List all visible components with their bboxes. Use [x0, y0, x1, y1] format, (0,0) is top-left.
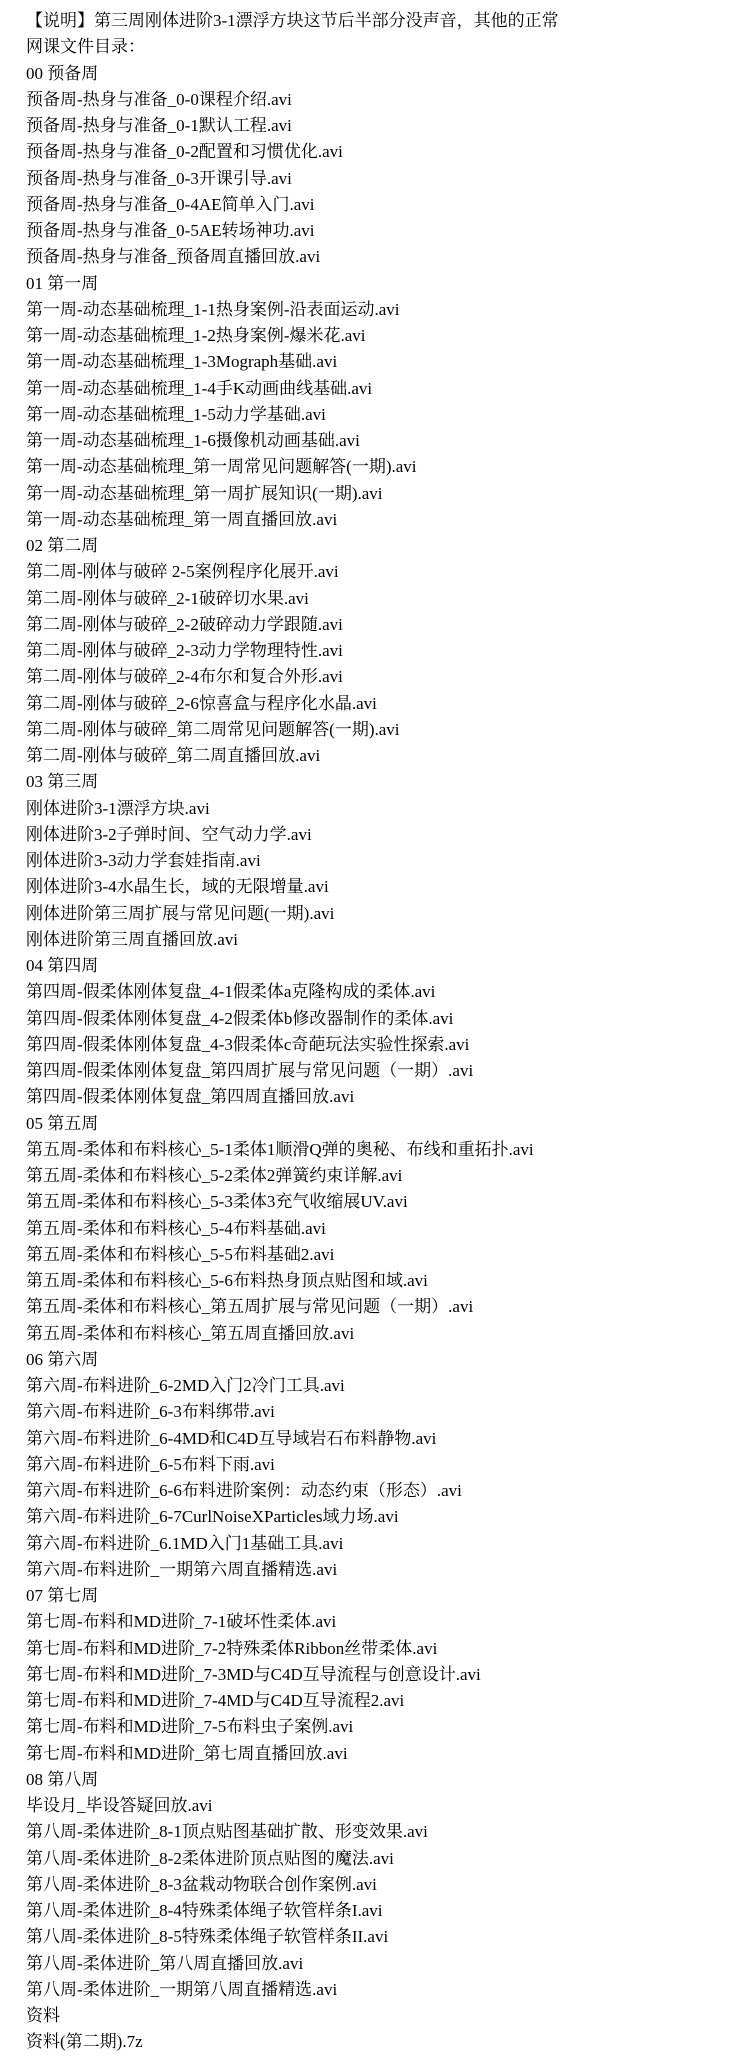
file-item: 第八周-柔体进阶_8-5特殊柔体绳子软管样条II.avi — [26, 1924, 742, 1950]
file-item: 第五周-柔体和布料核心_5-5布料基础2.avi — [26, 1242, 742, 1268]
file-item: 第一周-动态基础梳理_1-6摄像机动画基础.avi — [26, 428, 742, 454]
file-item: 第五周-柔体和布料核心_第五周直播回放.avi — [26, 1321, 742, 1347]
section-heading: 05 第五周 — [26, 1111, 742, 1137]
file-item: 第八周-柔体进阶_8-2柔体进阶顶点贴图的魔法.avi — [26, 1846, 742, 1872]
file-item: 第四周-假柔体刚体复盘_第四周扩展与常见问题（一期）.avi — [26, 1058, 742, 1084]
file-item: 第二周-刚体与破碎_2-4布尔和复合外形.avi — [26, 664, 742, 690]
file-item: 第五周-柔体和布料核心_5-1柔体1顺滑Q弹的奥秘、布线和重拓扑.avi — [26, 1137, 742, 1163]
file-item: 第八周-柔体进阶_一期第八周直播精选.avi — [26, 1977, 742, 2003]
file-item: 第四周-假柔体刚体复盘_第四周直播回放.avi — [26, 1084, 742, 1110]
file-item: 第二周-刚体与破碎_第二周常见问题解答(一期).avi — [26, 717, 742, 743]
file-item: 第四周-假柔体刚体复盘_4-3假柔体c奇葩玩法实验性探索.avi — [26, 1032, 742, 1058]
file-item: 第七周-布料和MD进阶_7-2特殊柔体Ribbon丝带柔体.avi — [26, 1636, 742, 1662]
file-item: 刚体进阶3-3动力学套娃指南.avi — [26, 848, 742, 874]
file-item: 预备周-热身与准备_0-0课程介绍.avi — [26, 87, 742, 113]
file-item: 刚体进阶第三周直播回放.avi — [26, 927, 742, 953]
file-item: 第六周-布料进阶_6-7CurlNoiseXParticles域力场.avi — [26, 1504, 742, 1530]
file-item: 第一周-动态基础梳理_第一周常见问题解答(一期).avi — [26, 454, 742, 480]
file-item: 毕设月_毕设答疑回放.avi — [26, 1793, 742, 1819]
file-item: 刚体进阶3-4水晶生长，域的无限增量.avi — [26, 874, 742, 900]
file-item: 第六周-布料进阶_一期第六周直播精选.avi — [26, 1557, 742, 1583]
file-item: 第一周-动态基础梳理_1-3Mograph基础.avi — [26, 349, 742, 375]
file-item: 第一周-动态基础梳理_1-1热身案例-沿表面运动.avi — [26, 297, 742, 323]
file-item: 预备周-热身与准备_0-4AE简单入门.avi — [26, 192, 742, 218]
file-item: 刚体进阶第三周扩展与常见问题(一期).avi — [26, 901, 742, 927]
file-item: 第五周-柔体和布料核心_第五周扩展与常见问题（一期）.avi — [26, 1294, 742, 1320]
file-item: 第二周-刚体与破碎_2-6惊喜盒与程序化水晶.avi — [26, 691, 742, 717]
file-item: 刚体进阶3-1漂浮方块.avi — [26, 796, 742, 822]
file-item: 预备周-热身与准备_0-2配置和习惯优化.avi — [26, 139, 742, 165]
file-item: 预备周-热身与准备_预备周直播回放.avi — [26, 244, 742, 270]
file-item: 第五周-柔体和布料核心_5-2柔体2弹簧约束详解.avi — [26, 1163, 742, 1189]
file-item: 第六周-布料进阶_6.1MD入门1基础工具.avi — [26, 1531, 742, 1557]
file-item: 第四周-假柔体刚体复盘_4-2假柔体b修改器制作的柔体.avi — [26, 1006, 742, 1032]
file-item: 第二周-刚体与破碎 2-5案例程序化展开.avi — [26, 559, 742, 585]
file-item: 第六周-布料进阶_6-6布料进阶案例：动态约束（形态）.avi — [26, 1478, 742, 1504]
file-item: 第四周-假柔体刚体复盘_4-1假柔体a克隆构成的柔体.avi — [26, 979, 742, 1005]
file-list: 00 预备周预备周-热身与准备_0-0课程介绍.avi预备周-热身与准备_0-1… — [26, 61, 742, 2056]
file-item: 刚体进阶3-2子弹时间、空气动力学.avi — [26, 822, 742, 848]
section-heading: 01 第一周 — [26, 271, 742, 297]
section-heading: 04 第四周 — [26, 953, 742, 979]
file-item: 预备周-热身与准备_0-1默认工程.avi — [26, 113, 742, 139]
file-item: 第八周-柔体进阶_8-1顶点贴图基础扩散、形变效果.avi — [26, 1819, 742, 1845]
file-item: 第一周-动态基础梳理_第一周扩展知识(一期).avi — [26, 481, 742, 507]
file-item: 第七周-布料和MD进阶_7-1破坏性柔体.avi — [26, 1609, 742, 1635]
file-item: 第一周-动态基础梳理_1-4手K动画曲线基础.avi — [26, 376, 742, 402]
section-heading: 08 第八周 — [26, 1767, 742, 1793]
file-item: 第七周-布料和MD进阶_第七周直播回放.avi — [26, 1741, 742, 1767]
file-item: 资料(第二期).7z — [26, 2029, 742, 2055]
file-item: 预备周-热身与准备_0-5AE转场神功.avi — [26, 218, 742, 244]
section-heading: 资料 — [26, 2003, 742, 2029]
file-item: 第二周-刚体与破碎_2-1破碎切水果.avi — [26, 586, 742, 612]
section-heading: 02 第二周 — [26, 533, 742, 559]
file-item: 第五周-柔体和布料核心_5-4布料基础.avi — [26, 1216, 742, 1242]
file-item: 第七周-布料和MD进阶_7-5布料虫子案例.avi — [26, 1714, 742, 1740]
section-heading: 00 预备周 — [26, 61, 742, 87]
section-heading: 03 第三周 — [26, 769, 742, 795]
file-item: 第一周-动态基础梳理_1-5动力学基础.avi — [26, 402, 742, 428]
file-item: 第八周-柔体进阶_8-4特殊柔体绳子软管样条I.avi — [26, 1898, 742, 1924]
file-item: 第八周-柔体进阶_第八周直播回放.avi — [26, 1951, 742, 1977]
file-item: 第七周-布料和MD进阶_7-4MD与C4D互导流程2.avi — [26, 1688, 742, 1714]
directory-label: 网课文件目录： — [26, 34, 742, 60]
file-item: 预备周-热身与准备_0-3开课引导.avi — [26, 166, 742, 192]
file-item: 第七周-布料和MD进阶_7-3MD与C4D互导流程与创意设计.avi — [26, 1662, 742, 1688]
file-item: 第二周-刚体与破碎_2-3动力学物理特性.avi — [26, 638, 742, 664]
file-item: 第五周-柔体和布料核心_5-6布料热身顶点贴图和域.avi — [26, 1268, 742, 1294]
section-heading: 06 第六周 — [26, 1347, 742, 1373]
file-directory-document: 【说明】第三周刚体进阶3-1漂浮方块这节后半部分没声音，其他的正常 网课文件目录… — [26, 8, 742, 2056]
file-item: 第六周-布料进阶_6-4MD和C4D互导域岩石布料静物.avi — [26, 1426, 742, 1452]
file-item: 第二周-刚体与破碎_2-2破碎动力学跟随.avi — [26, 612, 742, 638]
section-heading: 07 第七周 — [26, 1583, 742, 1609]
file-item: 第五周-柔体和布料核心_5-3柔体3充气收缩展UV.avi — [26, 1189, 742, 1215]
file-item: 第六周-布料进阶_6-5布料下雨.avi — [26, 1452, 742, 1478]
note-line: 【说明】第三周刚体进阶3-1漂浮方块这节后半部分没声音，其他的正常 — [26, 8, 742, 34]
file-item: 第一周-动态基础梳理_1-2热身案例-爆米花.avi — [26, 323, 742, 349]
file-item: 第一周-动态基础梳理_第一周直播回放.avi — [26, 507, 742, 533]
file-item: 第八周-柔体进阶_8-3盆栽动物联合创作案例.avi — [26, 1872, 742, 1898]
file-item: 第二周-刚体与破碎_第二周直播回放.avi — [26, 743, 742, 769]
file-item: 第六周-布料进阶_6-2MD入门2冷门工具.avi — [26, 1373, 742, 1399]
file-item: 第六周-布料进阶_6-3布料绑带.avi — [26, 1399, 742, 1425]
